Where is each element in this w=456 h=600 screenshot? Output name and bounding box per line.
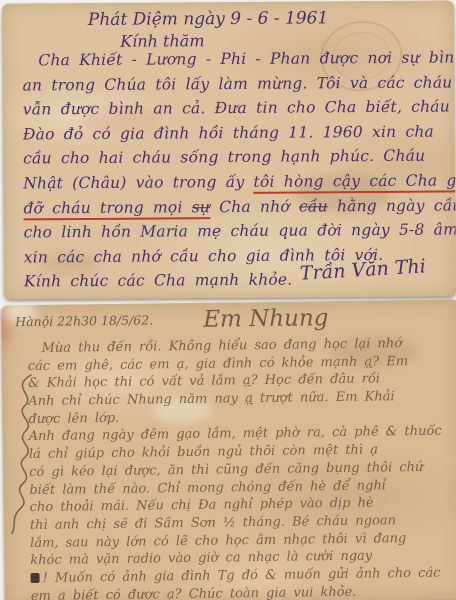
handwritten-line: an trong Chúa tôi lấy làm mừng. Tôi và c…: [22, 73, 444, 101]
handwritten-line: Cha Khiết - Lương - Phi - Phan được nơi …: [22, 48, 444, 76]
handwritten-line: cho linh hồn Maria mẹ cháu qua đời ngày …: [24, 221, 446, 249]
postcard-bottom: Hànội 22h30 18/5/62. Em Nhung Mùa thu đế…: [1, 299, 456, 600]
handwritten-line: Nhật (Châu) vào trong ấy tôi hòng cậy cá…: [23, 171, 445, 199]
handwritten-line: vẫn được bình an cả. Đưa tin cho Cha biế…: [23, 98, 445, 126]
scanned-postcards-page: Phát Diệm ngày 9 - 6 - 1961 Kính thăm Ch…: [0, 0, 456, 600]
postcard-top: Phát Diệm ngày 9 - 6 - 1961 Kính thăm Ch…: [2, 0, 456, 299]
ink-blot: [31, 573, 40, 583]
handwritten-line: cầu cho hai cháu sống trong hạnh phúc. C…: [23, 147, 445, 175]
card2-dateline: Hànội 22h30 18/5/62.: [15, 312, 153, 329]
handwritten-line: Đào đỏ có gia đình hồi tháng 11. 1960 xi…: [23, 122, 445, 150]
card2-body-text: Mùa thu đến rồi. Không hiểu sao đang học…: [27, 336, 454, 600]
card2-salutation: Em Nhung: [203, 305, 329, 333]
card1-dateline: Phát Diệm ngày 9 - 6 - 1961: [2, 8, 414, 31]
handwritten-line: đỡ cháu trong mọi sự Cha nhớ cầu hằng ng…: [23, 196, 445, 224]
card1-salutation: Kính thăm: [120, 31, 204, 51]
